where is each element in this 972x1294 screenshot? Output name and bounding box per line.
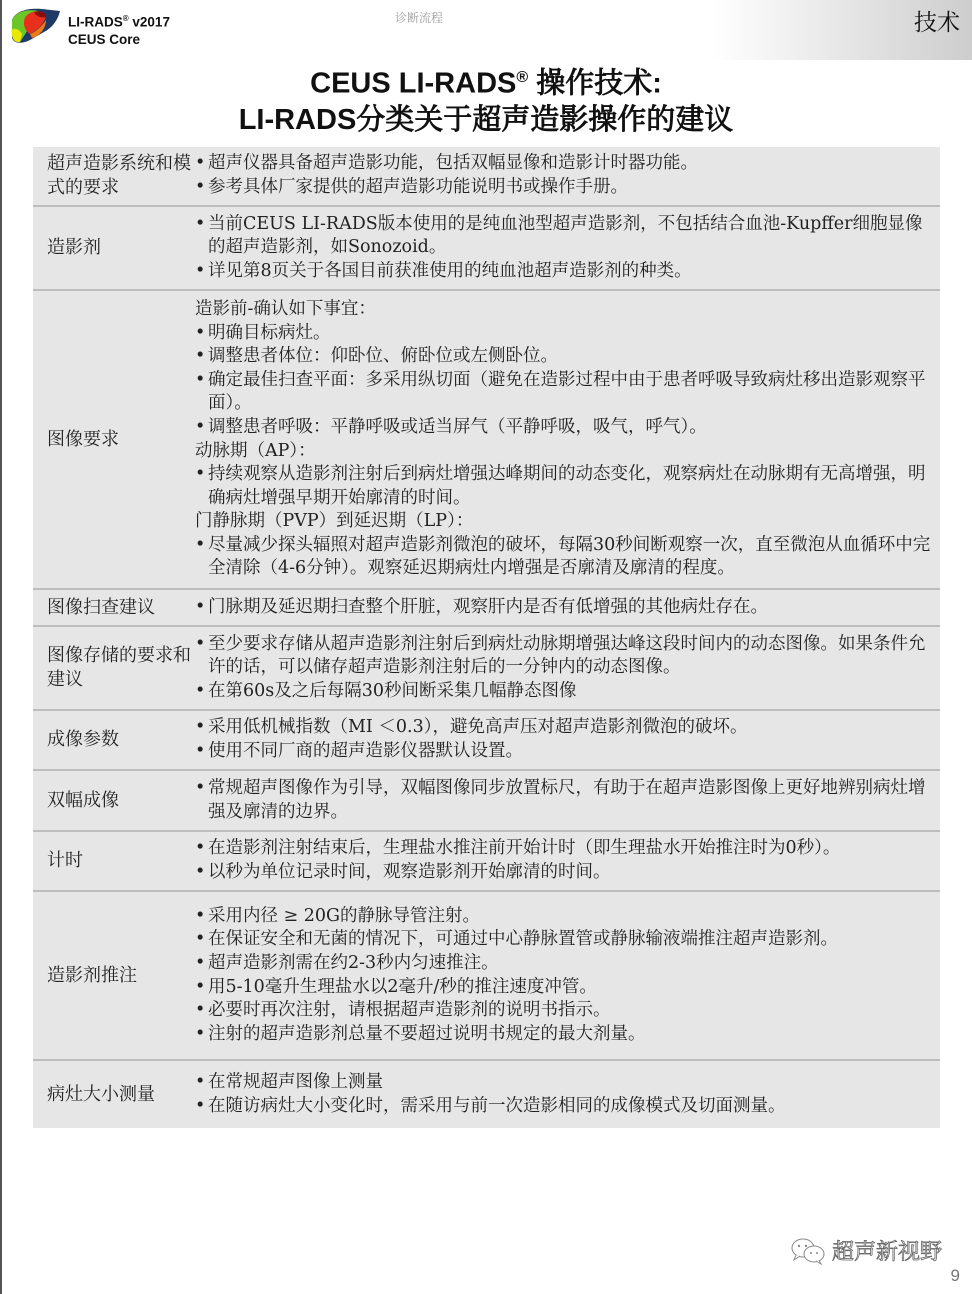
page-title-line1: CEUS LI-RADS® 操作技术:: [0, 60, 972, 102]
bullet-item: 确定最佳扫查平面：多采用纵切面（避免在造影过程中由于患者呼吸导致病灶移出造影观察…: [195, 369, 936, 416]
bullet-item: 持续观察从造影剂注射后到病灶增强达峰期间的动态变化，观察病灶在动脉期有无高增强，…: [195, 463, 936, 510]
bullet-item: 在第60s及之后每隔30秒间断采集几幅静态图像: [195, 680, 936, 704]
table-row: 超声造影系统和模式的要求超声仪器具备超声造影功能，包括双幅显像和造影计时器功能。…: [33, 147, 940, 207]
row-content: 常规超声图像作为引导，双幅图像同步放置标尺，有助于在超声造影图像上更好地辨别病灶…: [195, 777, 940, 824]
bullet-item: 调整患者呼吸：平静呼吸或适当屏气（平静呼吸，吸气，呼气）。: [195, 416, 936, 440]
row-label: 计时: [33, 849, 195, 873]
subheading: 门静脉期（PVP）到延迟期（LP）：: [195, 510, 936, 534]
wechat-icon: [790, 1237, 826, 1265]
bullet-item: 参考具体厂家提供的超声造影功能说明书或操作手册。: [195, 176, 936, 200]
row-content: 至少要求存储从超声造影剂注射后到病灶动脉期增强达峰这段时间内的动态图像。如果条件…: [195, 633, 940, 704]
bullet-item: 使用不同厂商的超声造影仪器默认设置。: [195, 740, 936, 764]
bullet-item: 在保证安全和无菌的情况下，可通过中心静脉置管或静脉输液端推注超声造影剂。: [195, 928, 936, 952]
bullet-item: 在随访病灶大小变化时，需采用与前一次造影相同的成像模式及切面测量。: [195, 1095, 936, 1119]
brand-name: LI-RADS: [68, 15, 123, 30]
row-label: 图像扫查建议: [33, 596, 195, 620]
brand-version: v2017: [129, 15, 170, 30]
row-content: 采用低机械指数（MI ＜0.3），避免高声压对超声造影剂微泡的破坏。使用不同厂商…: [195, 716, 940, 763]
row-label: 图像存储的要求和建议: [33, 644, 195, 692]
row-content: 超声仪器具备超声造影功能，包括双幅显像和造影计时器功能。参考具体厂家提供的超声造…: [195, 152, 940, 199]
bullet-item: 在常规超声图像上测量: [195, 1071, 936, 1095]
row-content: 在造影剂注射结束后，生理盐水推注前开始计时（即生理盐水开始推注时为0秒）。以秒为…: [195, 837, 940, 884]
bullet-item: 门脉期及延迟期扫查整个肝脏，观察肝内是否有低增强的其他病灶存在。: [195, 596, 936, 620]
bullet-item: 至少要求存储从超声造影剂注射后到病灶动脉期增强达峰这段时间内的动态图像。如果条件…: [195, 633, 936, 680]
bullet-item: 必要时再次注射，请根据超声造影剂的说明书指示。: [195, 999, 936, 1023]
footer-watermark: 超声新视野: [790, 1235, 942, 1266]
bullet-item: 采用内径 ≥ 20G的静脉导管注射。: [195, 905, 936, 929]
bullet-item: 明确目标病灶。: [195, 322, 936, 346]
account-name: 超声新视野: [832, 1235, 942, 1266]
breadcrumb[interactable]: 诊断流程: [395, 9, 443, 26]
title-suffix: 操作技术:: [528, 68, 662, 100]
bullet-item: 常规超声图像作为引导，双幅图像同步放置标尺，有助于在超声造影图像上更好地辨别病灶…: [195, 777, 936, 824]
bullet-item: 详见第8页关于各国目前获准使用的纯血池超声造影剂的种类。: [195, 260, 936, 284]
bullet-item: 尽量减少探头辐照对超声造影剂微泡的破坏，每隔30秒间断观察一次，直至微泡从血循环…: [195, 534, 936, 581]
row-label: 造影剂: [33, 236, 195, 260]
row-content: 当前CEUS LI-RADS版本使用的是纯血池型超声造影剂，不包括结合血池-Ku…: [195, 213, 940, 284]
row-content: 造影前-确认如下事宜：明确目标病灶。调整患者体位：仰卧位、俯卧位或左侧卧位。确定…: [195, 298, 940, 581]
bullet-item: 采用低机械指数（MI ＜0.3），避免高声压对超声造影剂微泡的破坏。: [195, 716, 936, 740]
bullet-item: 超声造影剂需在约2-3秒内匀速推注。: [195, 952, 936, 976]
bullet-item: 以秒为单位记录时间，观察造影剂开始廓清的时间。: [195, 861, 936, 885]
table-row: 双幅成像常规超声图像作为引导，双幅图像同步放置标尺，有助于在超声造影图像上更好地…: [33, 771, 940, 832]
bullet-item: 在造影剂注射结束后，生理盐水推注前开始计时（即生理盐水开始推注时为0秒）。: [195, 837, 936, 861]
page-title: CEUS LI-RADS® 操作技术: LI-RADS分类关于超声造影操作的建议: [0, 60, 972, 138]
li-rads-logo-icon: [8, 6, 64, 46]
row-label: 超声造影系统和模式的要求: [33, 152, 195, 200]
bullet-item: 调整患者体位：仰卧位、俯卧位或左侧卧位。: [195, 345, 936, 369]
bullet-item: 当前CEUS LI-RADS版本使用的是纯血池型超声造影剂，不包括结合血池-Ku…: [195, 213, 936, 260]
row-label: 病灶大小测量: [33, 1083, 195, 1107]
section-tag: 技术: [914, 4, 960, 37]
subheading: 造影前-确认如下事宜：: [195, 298, 936, 322]
bullet-item: 用5-10毫升生理盐水以2毫升/秒的推注速度冲管。: [195, 976, 936, 1000]
table-row: 计时在造影剂注射结束后，生理盐水推注前开始计时（即生理盐水开始推注时为0秒）。以…: [33, 832, 940, 892]
bullet-item: 超声仪器具备超声造影功能，包括双幅显像和造影计时器功能。: [195, 152, 936, 176]
row-content: 采用内径 ≥ 20G的静脉导管注射。在保证安全和无菌的情况下，可通过中心静脉置管…: [195, 905, 940, 1047]
row-label: 双幅成像: [33, 789, 195, 813]
title-prefix: CEUS LI-RADS: [310, 68, 516, 100]
table-row: 图像要求造影前-确认如下事宜：明确目标病灶。调整患者体位：仰卧位、俯卧位或左侧卧…: [33, 291, 940, 590]
row-content: 在常规超声图像上测量在随访病灶大小变化时，需采用与前一次造影相同的成像模式及切面…: [195, 1071, 940, 1118]
table-row: 造影剂当前CEUS LI-RADS版本使用的是纯血池型超声造影剂，不包括结合血池…: [33, 207, 940, 291]
table-row: 图像扫查建议门脉期及延迟期扫查整个肝脏，观察肝内是否有低增强的其他病灶存在。: [33, 590, 940, 627]
row-label: 图像要求: [33, 428, 195, 452]
page-number: 9: [951, 1266, 960, 1286]
bullet-item: 注射的超声造影剂总量不要超过说明书规定的最大剂量。: [195, 1023, 936, 1047]
brand-title: LI-RADS® v2017 CEUS Core: [68, 10, 170, 48]
table-row: 病灶大小测量在常规超声图像上测量在随访病灶大小变化时，需采用与前一次造影相同的成…: [33, 1061, 940, 1128]
page-left-border: [0, 0, 2, 1294]
brand-subtitle: CEUS Core: [68, 31, 170, 48]
title-registered-mark: ®: [516, 69, 528, 86]
table-row: 成像参数采用低机械指数（MI ＜0.3），避免高声压对超声造影剂微泡的破坏。使用…: [33, 711, 940, 771]
row-label: 成像参数: [33, 728, 195, 752]
recommendations-table: 超声造影系统和模式的要求超声仪器具备超声造影功能，包括双幅显像和造影计时器功能。…: [33, 147, 940, 1128]
row-content: 门脉期及延迟期扫查整个肝脏，观察肝内是否有低增强的其他病灶存在。: [195, 596, 940, 620]
table-row: 图像存储的要求和建议至少要求存储从超声造影剂注射后到病灶动脉期增强达峰这段时间内…: [33, 627, 940, 711]
page-title-line2: LI-RADS分类关于超声造影操作的建议: [0, 102, 972, 138]
row-label: 造影剂推注: [33, 964, 195, 988]
subheading: 动脉期（AP）：: [195, 440, 936, 464]
table-row: 造影剂推注采用内径 ≥ 20G的静脉导管注射。在保证安全和无菌的情况下，可通过中…: [33, 892, 940, 1061]
